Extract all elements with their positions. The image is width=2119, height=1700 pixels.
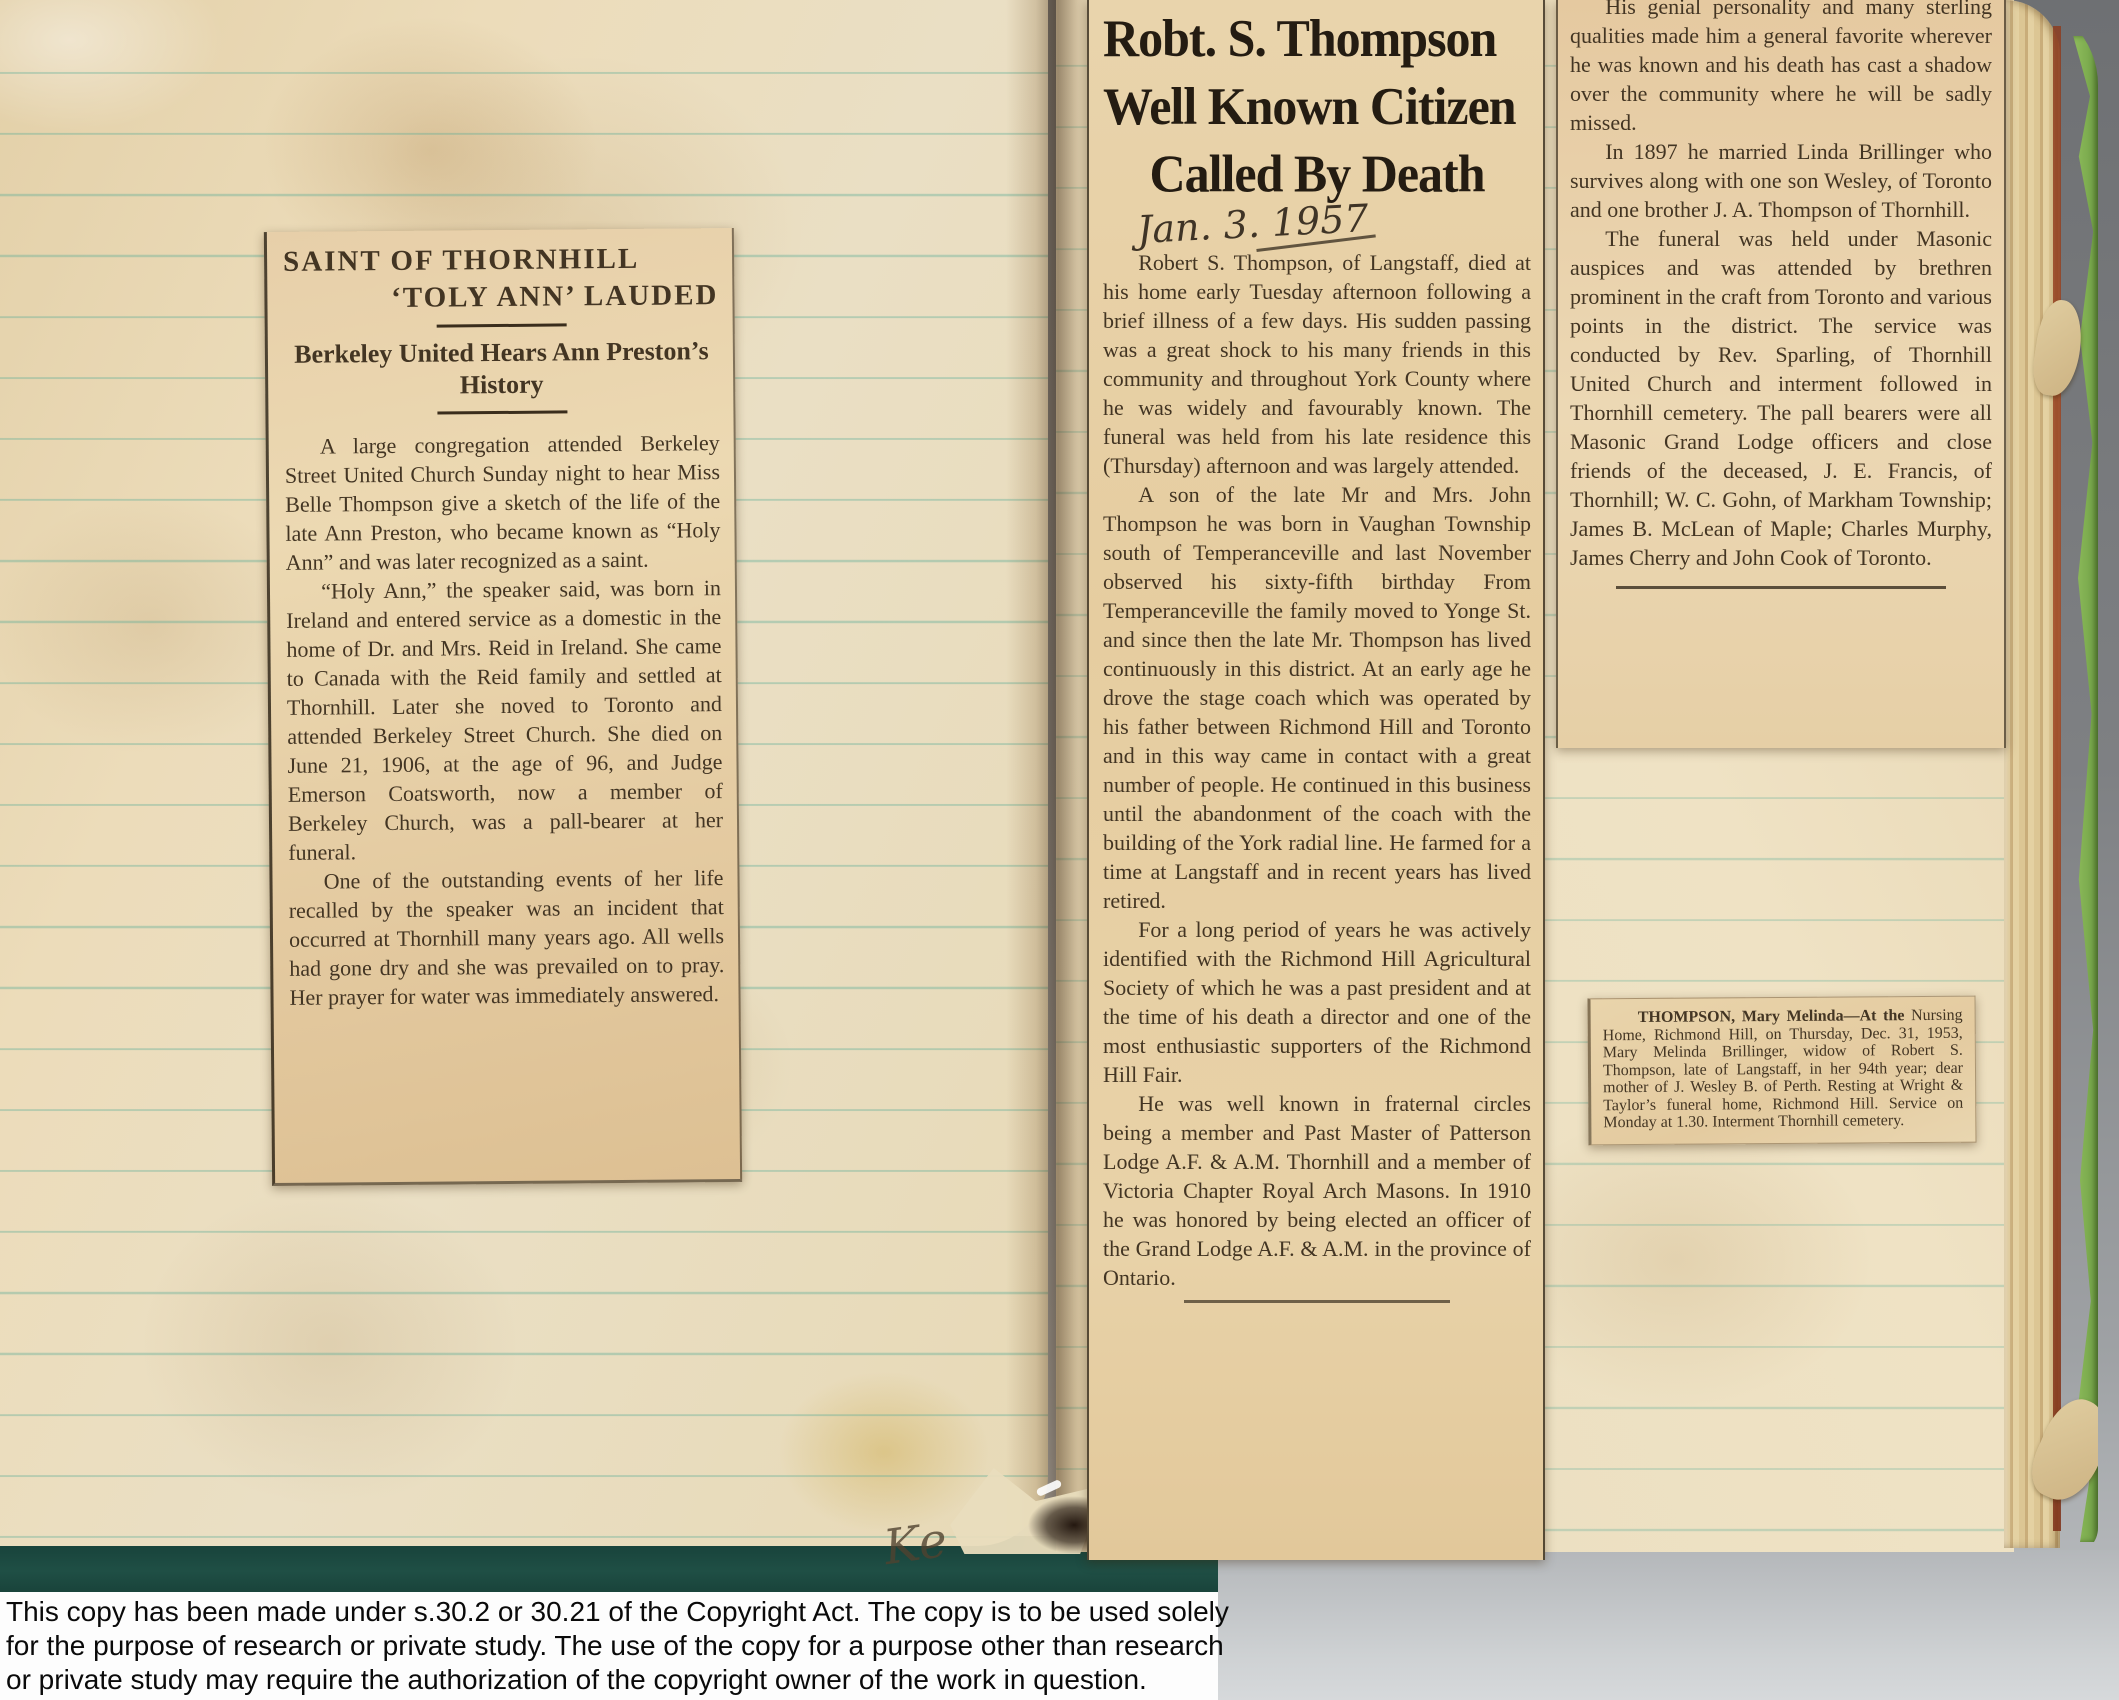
- divider-rule: [436, 323, 566, 327]
- clipping-paragraph: One of the outstanding events of her lif…: [288, 863, 724, 1012]
- clipping-paragraph: “Holy Ann,” the speaker said, was born i…: [286, 573, 724, 867]
- pencil-margin-note: Ke: [880, 1512, 950, 1576]
- clipping-body: His genial personality and many sterling…: [1570, 0, 1992, 589]
- clipping-paragraph: The funeral was held under Masonic auspi…: [1570, 224, 1992, 572]
- cover-edge-line: [2053, 26, 2061, 1531]
- divider-rule: [1616, 586, 1946, 589]
- headline-line: Called By Death: [1103, 140, 1531, 208]
- binding-cloth: [2058, 36, 2098, 1542]
- clipping-headline: SAINT OF THORNHILL: [283, 242, 718, 279]
- clipping-paragraph: He was well known in fraternal circles b…: [1103, 1089, 1531, 1292]
- clipping-paragraph: Robert S. Thompson, of Langstaff, died a…: [1103, 248, 1531, 480]
- copyright-notice-box: This copy has been made under s.30.2 or …: [0, 1592, 1218, 1700]
- clipping-subhead: History: [284, 367, 719, 403]
- clipping-paragraph: A large congregation attended Berkeley S…: [285, 428, 721, 577]
- clipping-death-notice: THOMPSON, Mary Melinda—At the Nursing Ho…: [1587, 996, 1976, 1145]
- death-notice-body: Nursing Home, Richmond Hill, on Thursday…: [1603, 1007, 1964, 1132]
- clipping-paragraph: THOMPSON, Mary Melinda—At the Nursing Ho…: [1603, 1007, 1964, 1132]
- clipping-paragraph: A son of the late Mr and Mrs. John Thomp…: [1103, 480, 1531, 915]
- clipping-thompson-obituary: Robt. S. Thompson Well Known Citizen Cal…: [1087, 0, 1545, 1560]
- page-edge-stack: [2004, 0, 2060, 1548]
- clipping-paragraph: In 1897 he married Linda Brillinger who …: [1570, 137, 1992, 224]
- clipping-headline: ‘TOLY ANN’ LAUDED: [283, 279, 718, 316]
- headline-line: Robt. S. Thompson: [1103, 4, 1531, 72]
- clipping-paragraph: For a long period of years he was active…: [1103, 915, 1531, 1089]
- copyright-line: This copy has been made under s.30.2 or …: [6, 1595, 1218, 1629]
- headline-line: Well Known Citizen: [1103, 72, 1531, 140]
- death-notice-lead: THOMPSON, Mary Melinda—At the: [1638, 1007, 1905, 1026]
- divider-rule: [1184, 1300, 1449, 1303]
- copyright-line: for the purpose of research or private s…: [6, 1629, 1218, 1663]
- copyright-line: or private study may require the authori…: [6, 1663, 1218, 1697]
- divider-rule: [437, 410, 567, 414]
- clipping-thompson-obituary-continued: His genial personality and many sterling…: [1556, 0, 2006, 748]
- clipping-headline: Robt. S. Thompson Well Known Citizen Cal…: [1103, 4, 1531, 208]
- scrapbook-scan: SAINT OF THORNHILL ‘TOLY ANN’ LAUDED Ber…: [0, 0, 2119, 1700]
- clipping-paragraph: His genial personality and many sterling…: [1570, 0, 1992, 137]
- clipping-saint-of-thornhill: SAINT OF THORNHILL ‘TOLY ANN’ LAUDED Ber…: [264, 228, 742, 1186]
- clipping-subhead: Berkeley United Hears Ann Preston’s: [284, 335, 719, 371]
- scanner-bed: [1218, 1550, 2119, 1700]
